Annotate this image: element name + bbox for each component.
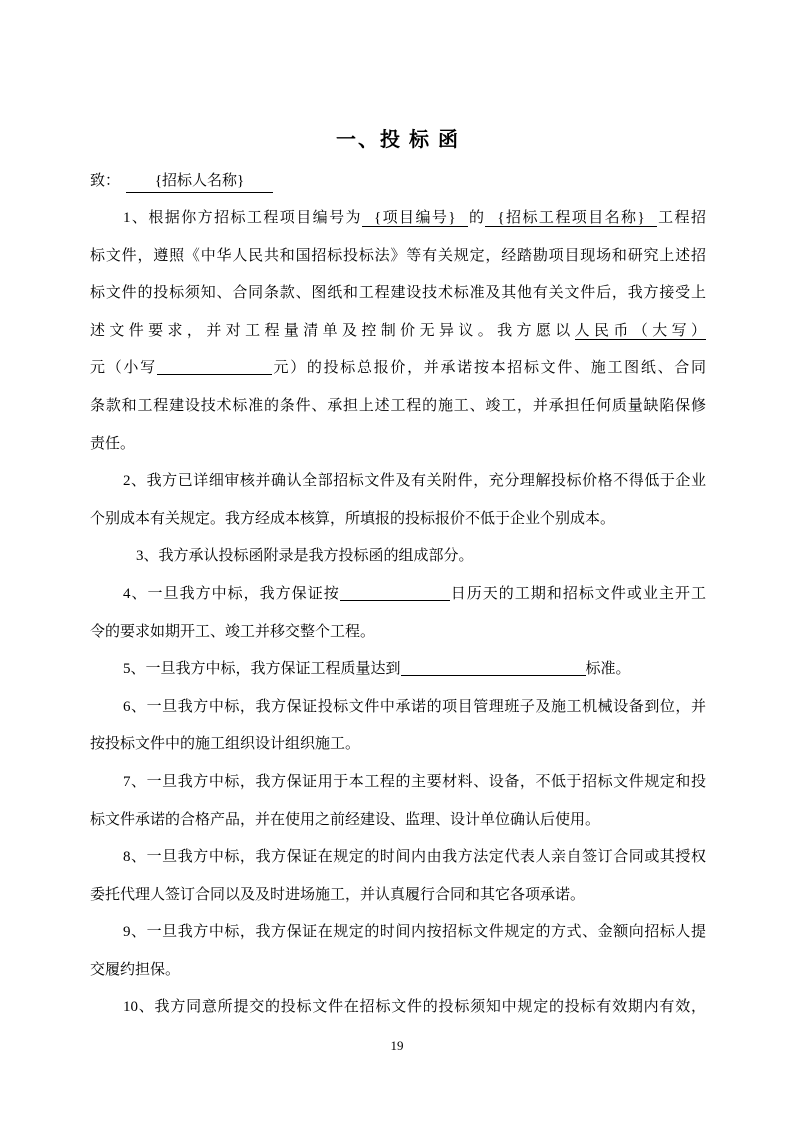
paragraph-3: 3、我方承认投标函附录是我方投标函的组成部分。 (90, 538, 706, 576)
text-run: 1、根据你方招标工程项目编号为 (123, 210, 362, 226)
salutation-line: 致：{招标人名称} (90, 162, 706, 200)
paragraph-5: 5、一旦我方中标，我方保证工程质量达到标准。 (90, 651, 706, 689)
text-line: 6、一旦我方中标，我方保证投标文件中承诺的项目管理班子及施工机械设备到位，并 (90, 689, 706, 727)
text-line: 责任。 (90, 426, 706, 464)
text-line: 交履约担保。 (90, 952, 706, 990)
document-title: 一、投 标 函 (90, 118, 706, 162)
text-line: 标文件，遵照《中华人民共和国招标投标法》等有关规定，经踏勘项目现场和研究上述招 (90, 238, 706, 276)
paragraph-4: 4、一旦我方中标，我方保证按日历天的工期和招标文件或业主开工令的要求如期开工、竣… (90, 576, 706, 651)
text-line: 2、我方已详细审核并确认全部招标文件及有关附件，充分理解投标价格不得低于企业 (90, 463, 706, 501)
paragraph-8: 8、一旦我方中标，我方保证在规定的时间内由我方法定代表人亲自签订合同或其授权委托… (90, 839, 706, 914)
paragraph-6: 6、一旦我方中标，我方保证投标文件中承诺的项目管理班子及施工机械设备到位，并按投… (90, 689, 706, 764)
text-run: 2、我方已详细审核并确认全部招标文件及有关附件，充分理解投标价格不得低于企业 (123, 473, 706, 489)
text-run: 10、我方同意所提交的投标文件在招标文件的投标须知中规定的投标有效期内有效， (123, 999, 706, 1015)
text-run: 元（小写 (90, 360, 157, 376)
text-line: 标文件承诺的合格产品，并在使用之前经建设、监理、设计单位确认后使用。 (90, 802, 706, 840)
text-line: 委托代理人签订合同以及及时进场施工，并认真履行合同和其它各项承诺。 (90, 877, 706, 915)
text-line: 1、根据你方招标工程项目编号为{项目编号}的{招标工程项目名称}工程招 (90, 200, 706, 238)
paragraph-2: 2、我方已详细审核并确认全部招标文件及有关附件，充分理解投标价格不得低于企业个别… (90, 463, 706, 538)
paragraph-7: 7、一旦我方中标，我方保证用于本工程的主要材料、设备，不低于招标文件规定和投标文… (90, 764, 706, 839)
text-line: 令的要求如期开工、竣工并移交整个工程。 (90, 614, 706, 652)
text-run: 交履约担保。 (90, 962, 180, 978)
bidder-name-blank-field: {招标人名称} (126, 170, 273, 193)
text-run: 标文件，遵照《中华人民共和国招标投标法》等有关规定，经踏勘项目现场和研究上述招 (90, 248, 706, 264)
text-line: 述文件要求，并对工程量清单及控制价无异议。我方愿以人民币（大写） (90, 313, 706, 351)
text-run: 工程招 (657, 210, 706, 226)
text-line: 8、一旦我方中标，我方保证在规定的时间内由我方法定代表人亲自签订合同或其授权 (90, 839, 706, 877)
text-run: 标文件承诺的合格产品，并在使用之前经建设、监理、设计单位确认后使用。 (90, 812, 600, 828)
page-number: 19 (0, 1038, 794, 1054)
text-line: 按投标文件中的施工组织设计组织施工。 (90, 726, 706, 764)
text-line: 5、一旦我方中标，我方保证工程质量达到标准。 (90, 651, 706, 689)
text-run: 按投标文件中的施工组织设计组织施工。 (90, 736, 360, 752)
paragraph-1: 1、根据你方招标工程项目编号为{项目编号}的{招标工程项目名称}工程招标文件，遵… (90, 200, 706, 463)
text-line: 7、一旦我方中标，我方保证用于本工程的主要材料、设备，不低于招标文件规定和投 (90, 764, 706, 802)
text-line: 9、一旦我方中标，我方保证在规定的时间内按招标文件规定的方式、金额向招标人提 (90, 914, 706, 952)
text-line: 3、我方承认投标函附录是我方投标函的组成部分。 (90, 538, 706, 576)
text-line: 元（小写元）的投标总报价，并承诺按本招标文件、施工图纸、合同 (90, 350, 706, 388)
text-line: 个别成本有关规定。我方经成本核算，所填报的投标报价不低于企业个别成本。 (90, 501, 706, 539)
document-page: 一、投 标 函 致：{招标人名称} 1、根据你方招标工程项目编号为{项目编号}的… (0, 0, 794, 1122)
blank-underline-field (157, 359, 272, 375)
text-run: 日历天的工期和招标文件或业主开工 (450, 586, 706, 602)
underlined-text: {项目编号} (362, 210, 468, 227)
text-line: 10、我方同意所提交的投标文件在招标文件的投标须知中规定的投标有效期内有效， (90, 989, 706, 1027)
blank-underline-field (340, 585, 450, 601)
paragraph-9: 9、一旦我方中标，我方保证在规定的时间内按招标文件规定的方式、金额向招标人提交履… (90, 914, 706, 989)
text-line: 4、一旦我方中标，我方保证按日历天的工期和招标文件或业主开工 (90, 576, 706, 614)
text-run: 5、一旦我方中标，我方保证工程质量达到 (123, 661, 401, 677)
text-run: 述文件要求，并对工程量清单及控制价无异议。我方愿以 (90, 323, 575, 339)
document-content: 一、投 标 函 致：{招标人名称} 1、根据你方招标工程项目编号为{项目编号}的… (90, 118, 706, 1027)
text-run: 元）的投标总报价，并承诺按本招标文件、施工图纸、合同 (272, 360, 706, 376)
text-run: 8、一旦我方中标，我方保证在规定的时间内由我方法定代表人亲自签订合同或其授权 (123, 849, 706, 865)
text-run: 7、一旦我方中标，我方保证用于本工程的主要材料、设备，不低于招标文件规定和投 (123, 774, 706, 790)
text-run: 个别成本有关规定。我方经成本核算，所填报的投标报价不低于企业个别成本。 (90, 511, 615, 527)
text-run: 3、我方承认投标函附录是我方投标函的组成部分。 (136, 548, 474, 564)
text-run: 9、一旦我方中标，我方保证在规定的时间内按招标文件规定的方式、金额向招标人提 (123, 924, 706, 940)
text-run: 4、一旦我方中标，我方保证按 (123, 586, 340, 602)
text-run: 令的要求如期开工、竣工并移交整个工程。 (90, 624, 375, 640)
text-run: 条款和工程建设技术标准的条件、承担上述工程的施工、竣工，并承担任何质量缺陷保修 (90, 398, 706, 414)
document-body: 1、根据你方招标工程项目编号为{项目编号}的{招标工程项目名称}工程招标文件，遵… (90, 200, 706, 1027)
underlined-text: {招标工程项目名称} (485, 210, 656, 227)
underlined-text: 人民币（大写） (575, 323, 706, 340)
text-run: 标准。 (586, 661, 631, 677)
blank-underline-field (401, 660, 586, 676)
text-run: 的 (468, 210, 486, 226)
text-run: 责任。 (90, 436, 135, 452)
paragraph-10: 10、我方同意所提交的投标文件在招标文件的投标须知中规定的投标有效期内有效， (90, 989, 706, 1027)
salutation-label: 致： (90, 173, 120, 189)
text-run: 6、一旦我方中标，我方保证投标文件中承诺的项目管理班子及施工机械设备到位，并 (123, 699, 706, 715)
text-line: 条款和工程建设技术标准的条件、承担上述工程的施工、竣工，并承担任何质量缺陷保修 (90, 388, 706, 426)
text-run: 标文件的投标须知、合同条款、图纸和工程建设技术标准及其他有关文件后，我方接受上 (90, 285, 706, 301)
text-run: 委托代理人签订合同以及及时进场施工，并认真履行合同和其它各项承诺。 (90, 887, 585, 903)
text-line: 标文件的投标须知、合同条款、图纸和工程建设技术标准及其他有关文件后，我方接受上 (90, 275, 706, 313)
